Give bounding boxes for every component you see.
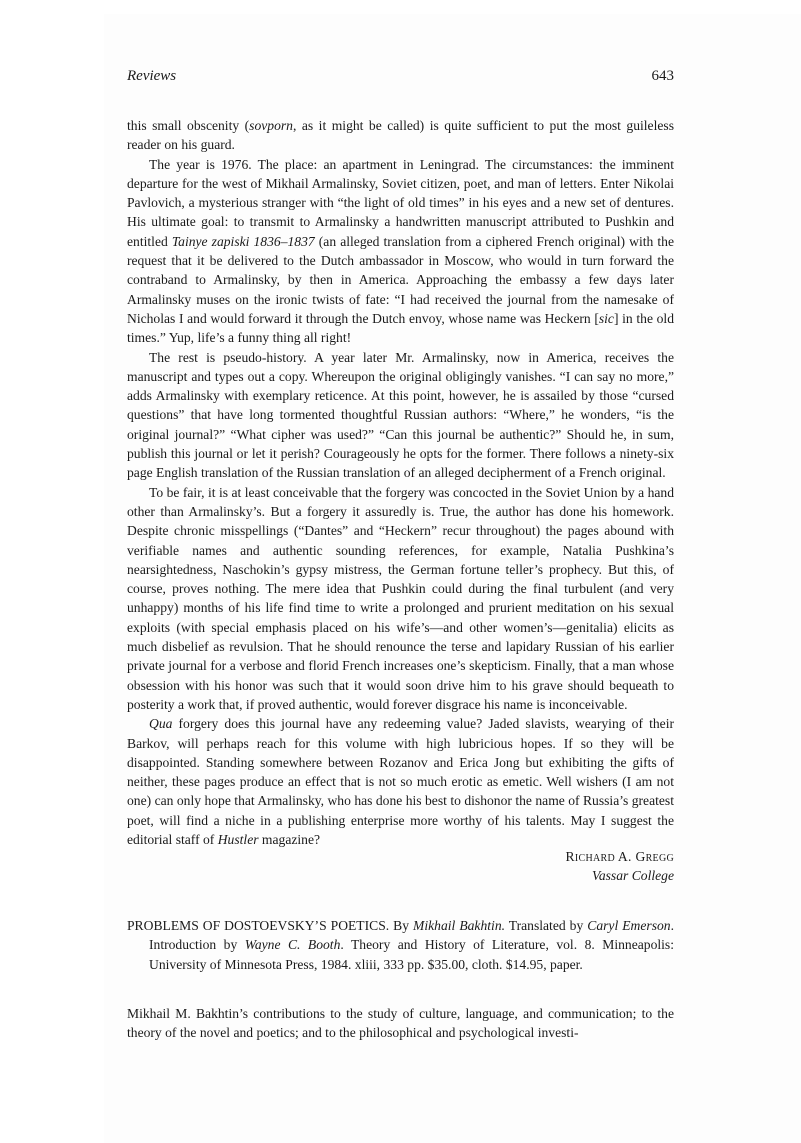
paragraph: this small obscenity (sovporn, as it mig… <box>127 116 674 155</box>
paragraph: Qua forgery does this journal have any r… <box>127 714 674 849</box>
italic-run: Wayne C. Booth <box>245 937 341 952</box>
paragraph: The year is 1976. The place: an apartmen… <box>127 155 674 348</box>
paragraph: The rest is pseudo-history. A year later… <box>127 348 674 483</box>
book-citation: PROBLEMS OF DOSTOEVSKY’S POETICS. By Mik… <box>127 916 674 974</box>
reviewer-signature: Richard A. Gregg Vassar College <box>565 847 674 886</box>
page-number: 643 <box>652 67 675 85</box>
italic-run: sovporn <box>249 118 293 133</box>
italic-run: Qua <box>149 716 172 731</box>
italic-run: Caryl Emerson <box>587 918 670 933</box>
italic-run: Tainye zapiski 1836–1837 <box>172 234 315 249</box>
reviewer-affiliation: Vassar College <box>565 866 674 885</box>
next-review-body: Mikhail M. Bakhtin’s contributions to th… <box>127 1004 674 1043</box>
reviewer-name: Richard A. Gregg <box>565 847 674 866</box>
section-title: Reviews <box>127 67 176 85</box>
paragraph: To be fair, it is at least conceivable t… <box>127 483 674 715</box>
journal-page: Reviews 643 this small obscenity (sovpor… <box>0 0 801 1143</box>
italic-run: sic <box>599 311 614 326</box>
italic-run: Mikhail Bakhtin. <box>413 918 505 933</box>
italic-run: Hustler <box>218 832 259 847</box>
paragraph: Mikhail M. Bakhtin’s contributions to th… <box>127 1004 674 1043</box>
running-head: Reviews 643 <box>127 67 674 85</box>
review-body: this small obscenity (sovporn, as it mig… <box>127 116 674 849</box>
